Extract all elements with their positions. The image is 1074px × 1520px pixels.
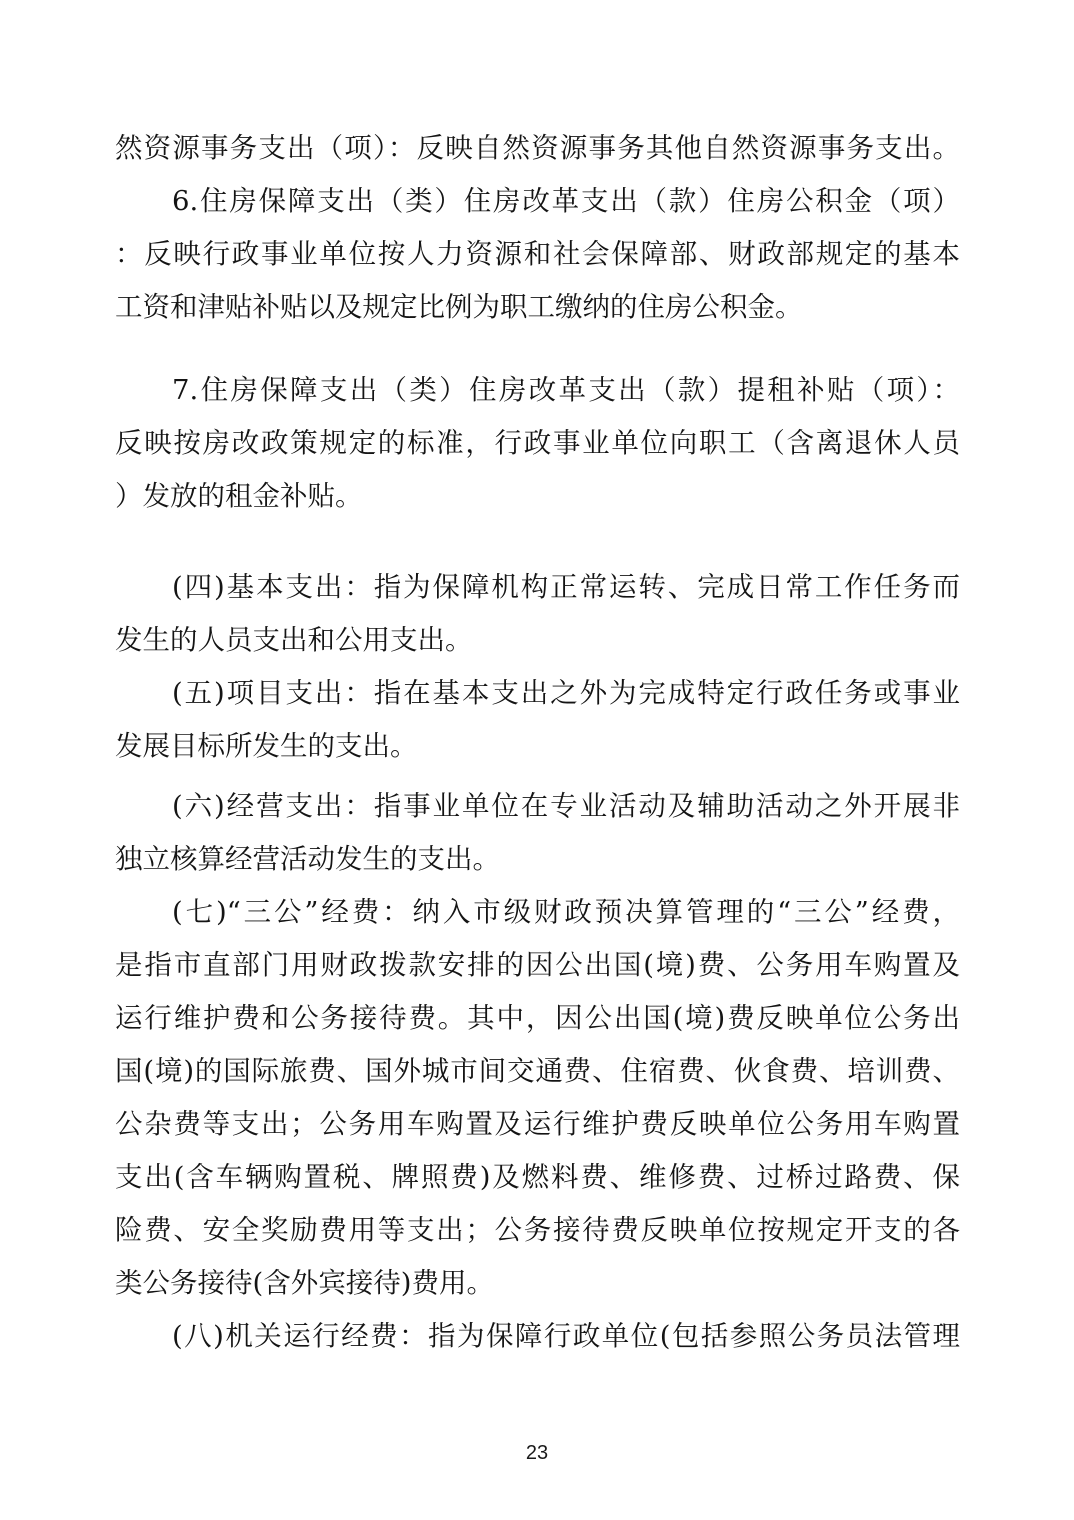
text-line: 工资和津贴补贴以及规定比例为职工缴纳的住房公积金。 xyxy=(115,281,960,334)
text-line: 类公务接待(含外宾接待)费用。 xyxy=(115,1257,960,1310)
text-line: 发生的人员支出和公用支出。 xyxy=(115,614,960,667)
text-line: (四)基本支出：指为保障机构正常运转、完成日常工作任务而 xyxy=(115,561,960,614)
page-number: 23 xyxy=(526,1442,548,1464)
text-line: (五)项目支出：指在基本支出之外为完成特定行政任务或事业 xyxy=(115,667,960,720)
text-line: 独立核算经营活动发生的支出。 xyxy=(115,833,960,886)
text-line: 是指市直部门用财政拨款安排的因公出国(境)费、公务用车购置及 xyxy=(115,939,960,992)
text-line: 险费、安全奖励费用等支出；公务接待费反映单位按规定开支的各 xyxy=(115,1204,960,1257)
text-line: 然资源事务支出（项）：反映自然资源事务其他自然资源事务支出。 xyxy=(115,122,960,175)
text-line: (八)机关运行经费：指为保障行政单位(包括参照公务员法管理 xyxy=(115,1310,960,1363)
text-line: (七)“三公”经费：纳入市级财政预决算管理的“三公”经费， xyxy=(115,886,960,939)
text-line: 国(境)的国际旅费、国外城市间交通费、住宿费、伙食费、培训费、 xyxy=(115,1045,960,1098)
page-footer: 23 xyxy=(0,1442,1074,1464)
text-line: 公杂费等支出；公务用车购置及运行维护费反映单位公务用车购置 xyxy=(115,1098,960,1151)
text-line: 支出(含车辆购置税、牌照费)及燃料费、维修费、过桥过路费、保 xyxy=(115,1151,960,1204)
text-line: 7.住房保障支出（类）住房改革支出（款）提租补贴（项）： xyxy=(115,364,960,417)
text-line: 运行维护费和公务接待费。其中，因公出国(境)费反映单位公务出 xyxy=(115,992,960,1045)
text-line: (六)经营支出：指事业单位在专业活动及辅助活动之外开展非 xyxy=(115,780,960,833)
text-line: 反映按房改政策规定的标准，行政事业单位向职工（含离退休人员 xyxy=(115,417,960,470)
text-line: 发展目标所发生的支出。 xyxy=(115,720,960,773)
text-line: 6.住房保障支出（类）住房改革支出（款）住房公积金（项） xyxy=(115,175,960,228)
text-line: ）发放的租金补贴。 xyxy=(115,470,960,523)
text-line: ：反映行政事业单位按人力资源和社会保障部、财政部规定的基本 xyxy=(115,228,960,281)
document-body: 然资源事务支出（项）：反映自然资源事务其他自然资源事务支出。 6.住房保障支出（… xyxy=(115,122,960,1363)
document-page: 然资源事务支出（项）：反映自然资源事务其他自然资源事务支出。 6.住房保障支出（… xyxy=(0,0,1074,1520)
